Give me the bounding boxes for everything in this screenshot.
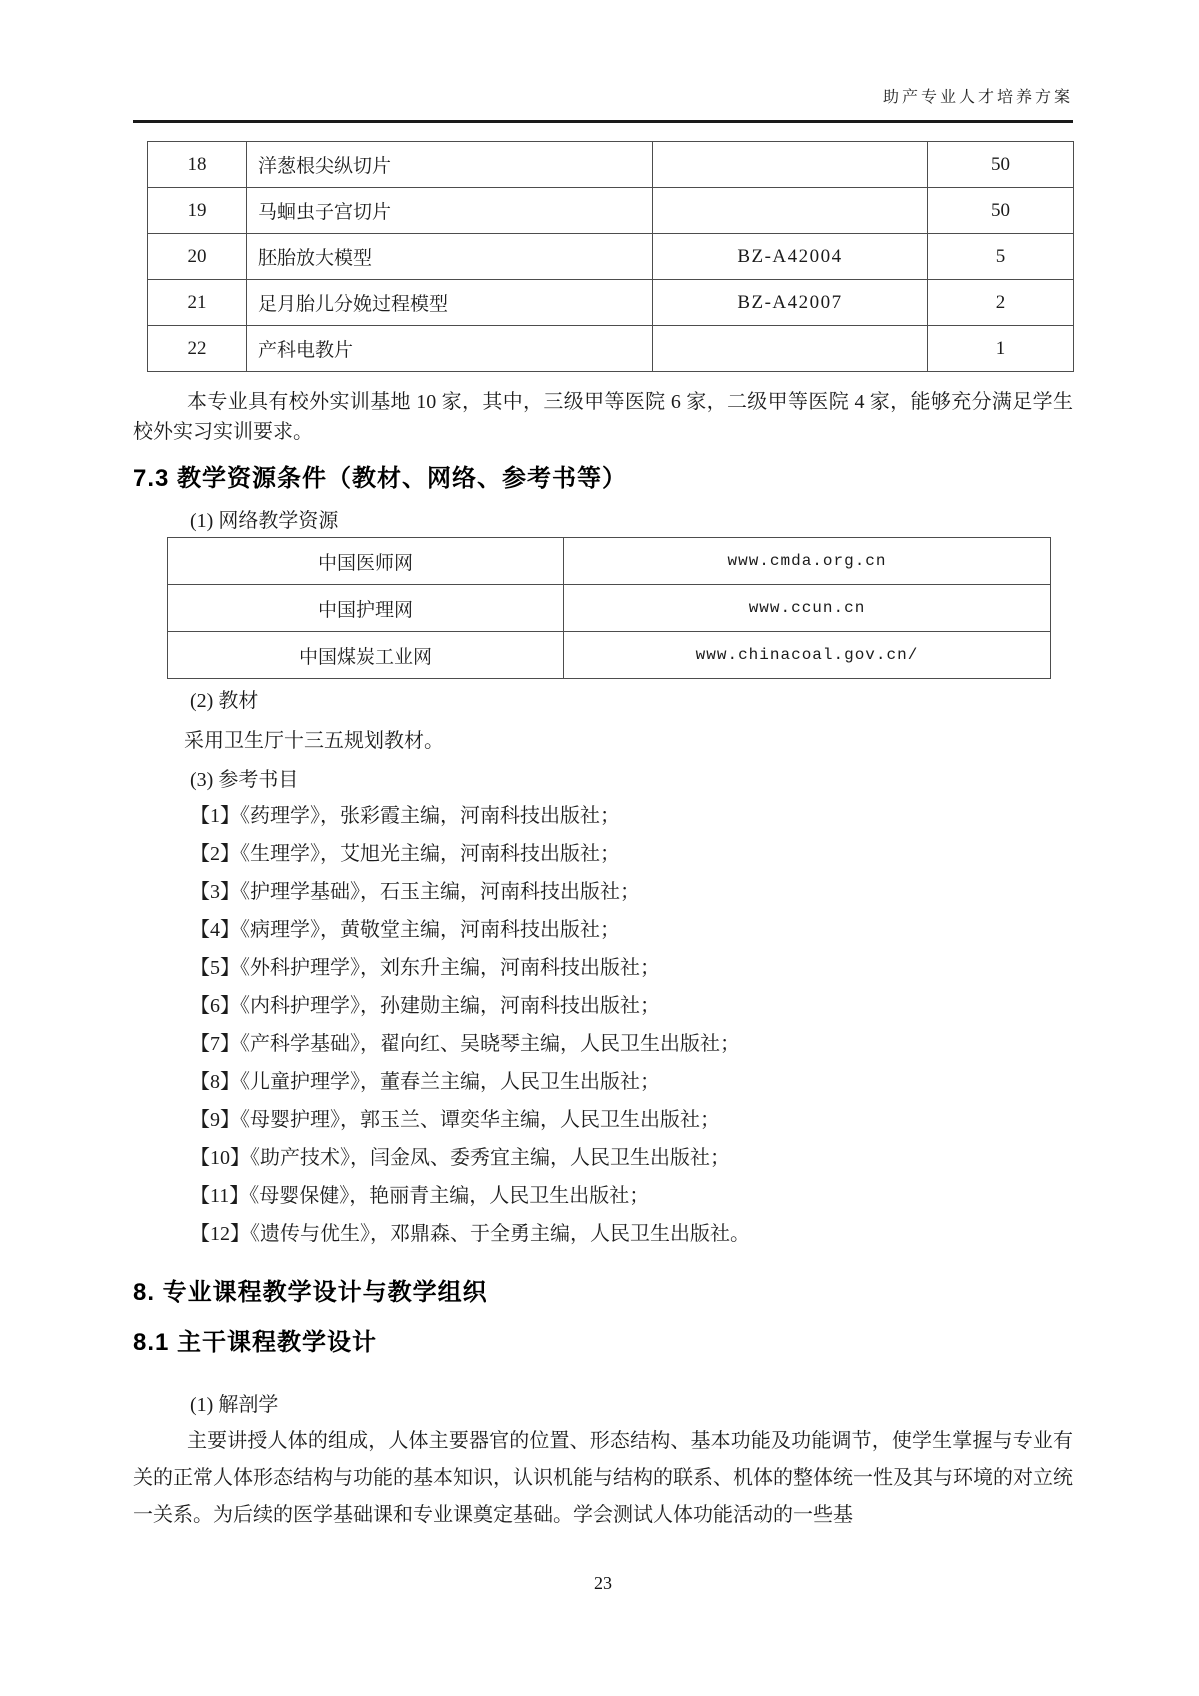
cell-model: BZ-A42004 [653, 234, 928, 280]
cell-site-url: www.chinacoal.gov.cn/ [564, 632, 1051, 679]
list-item: 【5】《外科护理学》，刘东升主编，河南科技出版社； [190, 949, 1073, 987]
external-training-note: 本专业具有校外实训基地 10 家，其中，三级甲等医院 6 家，二级甲等医院 4 … [133, 387, 1073, 447]
web-resources-table: 中国医师网 www.cmda.org.cn 中国护理网 www.ccun.cn … [167, 537, 1051, 679]
list-item: 【8】《儿童护理学》，董春兰主编，人民卫生出版社； [190, 1063, 1073, 1101]
cell-number: 21 [148, 280, 247, 326]
list-item: 【1】《药理学》，张彩霞主编，河南科技出版社； [190, 797, 1073, 835]
cell-site-name: 中国护理网 [168, 585, 564, 632]
label-network-resources: (1) 网络教学资源 [190, 508, 1073, 534]
table-row: 18 洋葱根尖纵切片 50 [148, 142, 1074, 188]
page-number: 23 [133, 1570, 1073, 1596]
cell-quantity: 1 [928, 326, 1074, 372]
cell-name: 胚胎放大模型 [247, 234, 653, 280]
running-header-title: 助产专业人才培养方案 [883, 89, 1073, 106]
label-references: (3) 参考书目 [190, 767, 1073, 793]
table-row: 中国护理网 www.ccun.cn [168, 585, 1051, 632]
cell-name: 足月胎儿分娩过程模型 [247, 280, 653, 326]
list-item: 【2】《生理学》，艾旭光主编，河南科技出版社； [190, 835, 1073, 873]
section-title-8: 8. 专业课程教学设计与教学组织 [133, 1276, 1073, 1310]
cell-number: 19 [148, 188, 247, 234]
equipment-table: 18 洋葱根尖纵切片 50 19 马蛔虫子宫切片 50 20 胚胎放大模型 BZ… [147, 141, 1074, 372]
cell-quantity: 2 [928, 280, 1074, 326]
list-item: 【6】《内科护理学》，孙建勋主编，河南科技出版社； [190, 987, 1073, 1025]
list-item: 【11】《母婴保健》，艳丽青主编，人民卫生出版社； [190, 1177, 1073, 1215]
cell-site-name: 中国煤炭工业网 [168, 632, 564, 679]
reference-list: 【1】《药理学》，张彩霞主编，河南科技出版社； 【2】《生理学》，艾旭光主编，河… [190, 797, 1073, 1253]
cell-quantity: 50 [928, 188, 1074, 234]
list-item: 【12】《遗传与优生》，邓鼎森、于全勇主编，人民卫生出版社。 [190, 1215, 1073, 1253]
cell-name: 产科电教片 [247, 326, 653, 372]
anatomy-description: 主要讲授人体的组成，人体主要器官的位置、形态结构、基本功能及功能调节，使学生掌握… [133, 1423, 1073, 1534]
table-row: 21 足月胎儿分娩过程模型 BZ-A42007 2 [148, 280, 1074, 326]
running-header: 助产专业人才培养方案 [133, 0, 1073, 123]
cell-number: 18 [148, 142, 247, 188]
section-title-7-3: 7.3 教学资源条件（教材、网络、参考书等） [133, 462, 1073, 496]
table-row: 20 胚胎放大模型 BZ-A42004 5 [148, 234, 1074, 280]
cell-number: 22 [148, 326, 247, 372]
cell-model [653, 142, 928, 188]
cell-number: 20 [148, 234, 247, 280]
table-row: 19 马蛔虫子宫切片 50 [148, 188, 1074, 234]
cell-quantity: 50 [928, 142, 1074, 188]
table-row: 中国煤炭工业网 www.chinacoal.gov.cn/ [168, 632, 1051, 679]
list-item: 【3】《护理学基础》，石玉主编，河南科技出版社； [190, 873, 1073, 911]
list-item: 【4】《病理学》，黄敬堂主编，河南科技出版社； [190, 911, 1073, 949]
list-item: 【10】《助产技术》，闫金凤、委秀宜主编，人民卫生出版社； [190, 1139, 1073, 1177]
document-page: 助产专业人才培养方案 18 洋葱根尖纵切片 50 19 马蛔虫子宫切片 50 2… [0, 0, 1199, 1696]
list-item: 【7】《产科学基础》，翟向红、吴晓琴主编，人民卫生出版社； [190, 1025, 1073, 1063]
cell-model [653, 188, 928, 234]
cell-name: 马蛔虫子宫切片 [247, 188, 653, 234]
cell-site-url: www.cmda.org.cn [564, 538, 1051, 585]
cell-name: 洋葱根尖纵切片 [247, 142, 653, 188]
table-row: 中国医师网 www.cmda.org.cn [168, 538, 1051, 585]
cell-model: BZ-A42007 [653, 280, 928, 326]
cell-site-url: www.ccun.cn [564, 585, 1051, 632]
table-row: 22 产科电教片 1 [148, 326, 1074, 372]
list-item: 【9】《母婴护理》，郭玉兰、谭奕华主编，人民卫生出版社； [190, 1101, 1073, 1139]
cell-model [653, 326, 928, 372]
cell-site-name: 中国医师网 [168, 538, 564, 585]
label-textbooks: (2) 教材 [190, 688, 1073, 714]
textbook-note: 采用卫生厅十三五规划教材。 [184, 728, 1073, 754]
section-title-8-1: 8.1 主干课程教学设计 [133, 1326, 1073, 1360]
cell-quantity: 5 [928, 234, 1074, 280]
label-anatomy: (1) 解剖学 [190, 1392, 1073, 1418]
